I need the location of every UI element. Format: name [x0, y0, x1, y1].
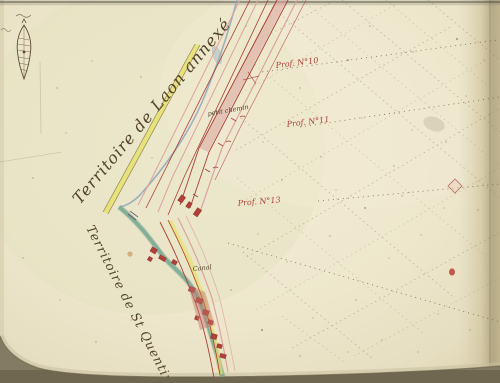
map-canvas: Territoire de Laon annexé Territoire de … — [0, 0, 500, 383]
orange-stain — [127, 251, 132, 256]
red-ink-stain — [449, 268, 455, 275]
cadastral-map-scan: Territoire de Laon annexé Territoire de … — [0, 0, 500, 383]
